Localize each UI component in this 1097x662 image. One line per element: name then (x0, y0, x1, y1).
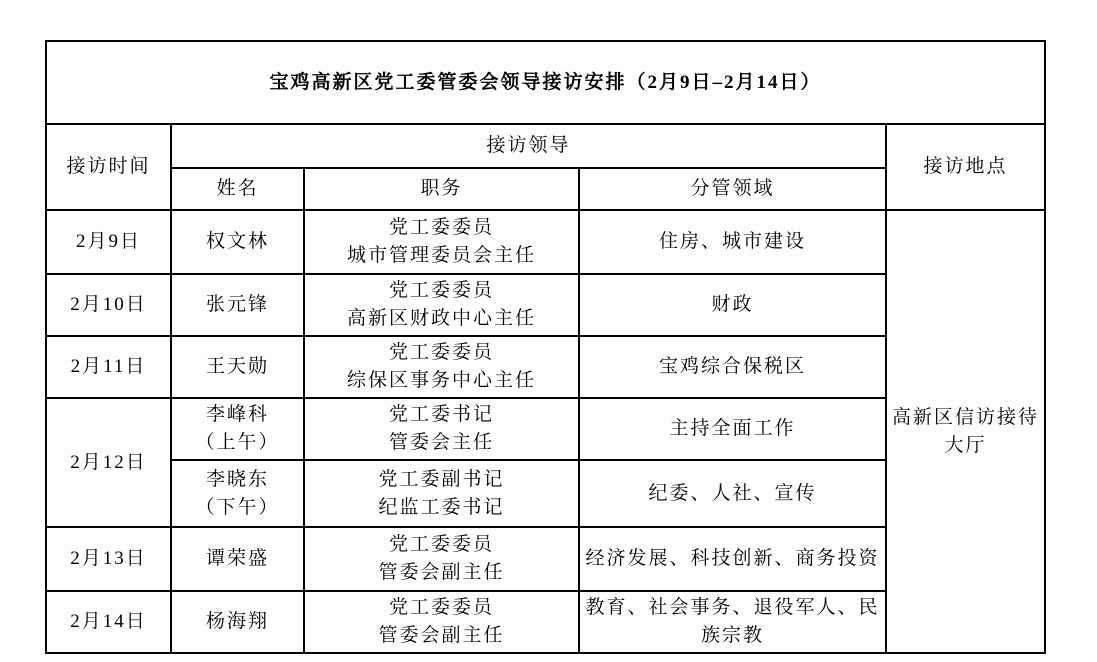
header-time: 接访时间 (46, 124, 171, 210)
header-leader-group: 接访领导 (171, 124, 886, 168)
cell-name: 谭荣盛 (171, 527, 304, 591)
cell-position: 党工委委员 管委会副主任 (304, 591, 579, 653)
position-line-2: 纪监工委书记 (309, 494, 574, 522)
position-line-1: 党工委委员 (309, 531, 574, 559)
cell-area: 主持全面工作 (579, 398, 886, 460)
cell-date: 2月9日 (46, 210, 171, 274)
cell-area: 经济发展、科技创新、商务投资 (579, 527, 886, 591)
cell-area: 财政 (579, 274, 886, 336)
table-title: 宝鸡高新区党工委管委会领导接访安排（2月9日–2月14日） (46, 41, 1045, 124)
header-row-top: 接访时间 接访领导 接访地点 (46, 124, 1045, 168)
position-line-2: 高新区财政中心主任 (309, 305, 574, 333)
cell-date: 2月10日 (46, 274, 171, 336)
header-position: 职务 (304, 168, 579, 210)
table-row: 2月9日 权文林 党工委委员 城市管理委员会主任 住房、城市建设 高新区信访接待… (46, 210, 1045, 274)
cell-name: 李晓东 （下午） (171, 460, 304, 527)
position-line-2: 管委会副主任 (309, 559, 574, 587)
position-line-1: 党工委委员 (309, 339, 574, 367)
header-location: 接访地点 (886, 124, 1045, 210)
name-line-2: （下午） (176, 494, 299, 522)
cell-name: 王天勋 (171, 336, 304, 398)
position-line-2: 城市管理委员会主任 (309, 242, 574, 270)
position-line-1: 党工委委员 (309, 277, 574, 305)
position-line-2: 综保区事务中心主任 (309, 367, 574, 395)
cell-position: 党工委委员 高新区财政中心主任 (304, 274, 579, 336)
name-line-1: 李峰科 (176, 401, 299, 429)
reception-schedule-table: 宝鸡高新区党工委管委会领导接访安排（2月9日–2月14日） 接访时间 接访领导 … (45, 40, 1046, 654)
page: 宝鸡高新区党工委管委会领导接访安排（2月9日–2月14日） 接访时间 接访领导 … (0, 0, 1097, 662)
cell-area: 教育、社会事务、退役军人、民族宗教 (579, 591, 886, 653)
title-row: 宝鸡高新区党工委管委会领导接访安排（2月9日–2月14日） (46, 41, 1045, 124)
cell-name: 杨海翔 (171, 591, 304, 653)
cell-name: 权文林 (171, 210, 304, 274)
position-line-1: 党工委书记 (309, 401, 574, 429)
position-line-1: 党工委委员 (309, 594, 574, 622)
header-name: 姓名 (171, 168, 304, 210)
cell-position: 党工委副书记 纪监工委书记 (304, 460, 579, 527)
cell-name: 李峰科 （上午） (171, 398, 304, 460)
cell-date: 2月13日 (46, 527, 171, 591)
cell-position: 党工委委员 综保区事务中心主任 (304, 336, 579, 398)
cell-date: 2月11日 (46, 336, 171, 398)
cell-area: 纪委、人社、宣传 (579, 460, 886, 527)
position-line-2: 管委会主任 (309, 429, 574, 457)
cell-position: 党工委书记 管委会主任 (304, 398, 579, 460)
cell-position: 党工委委员 管委会副主任 (304, 527, 579, 591)
name-line-2: （上午） (176, 429, 299, 457)
position-line-1: 党工委副书记 (309, 466, 574, 494)
cell-area: 住房、城市建设 (579, 210, 886, 274)
cell-date: 2月14日 (46, 591, 171, 653)
cell-position: 党工委委员 城市管理委员会主任 (304, 210, 579, 274)
cell-area: 宝鸡综合保税区 (579, 336, 886, 398)
cell-location: 高新区信访接待大厅 (886, 210, 1045, 653)
name-line-1: 李晓东 (176, 466, 299, 494)
cell-name: 张元锋 (171, 274, 304, 336)
position-line-2: 管委会副主任 (309, 622, 574, 650)
header-area: 分管领域 (579, 168, 886, 210)
position-line-1: 党工委委员 (309, 214, 574, 242)
cell-date: 2月12日 (46, 398, 171, 527)
